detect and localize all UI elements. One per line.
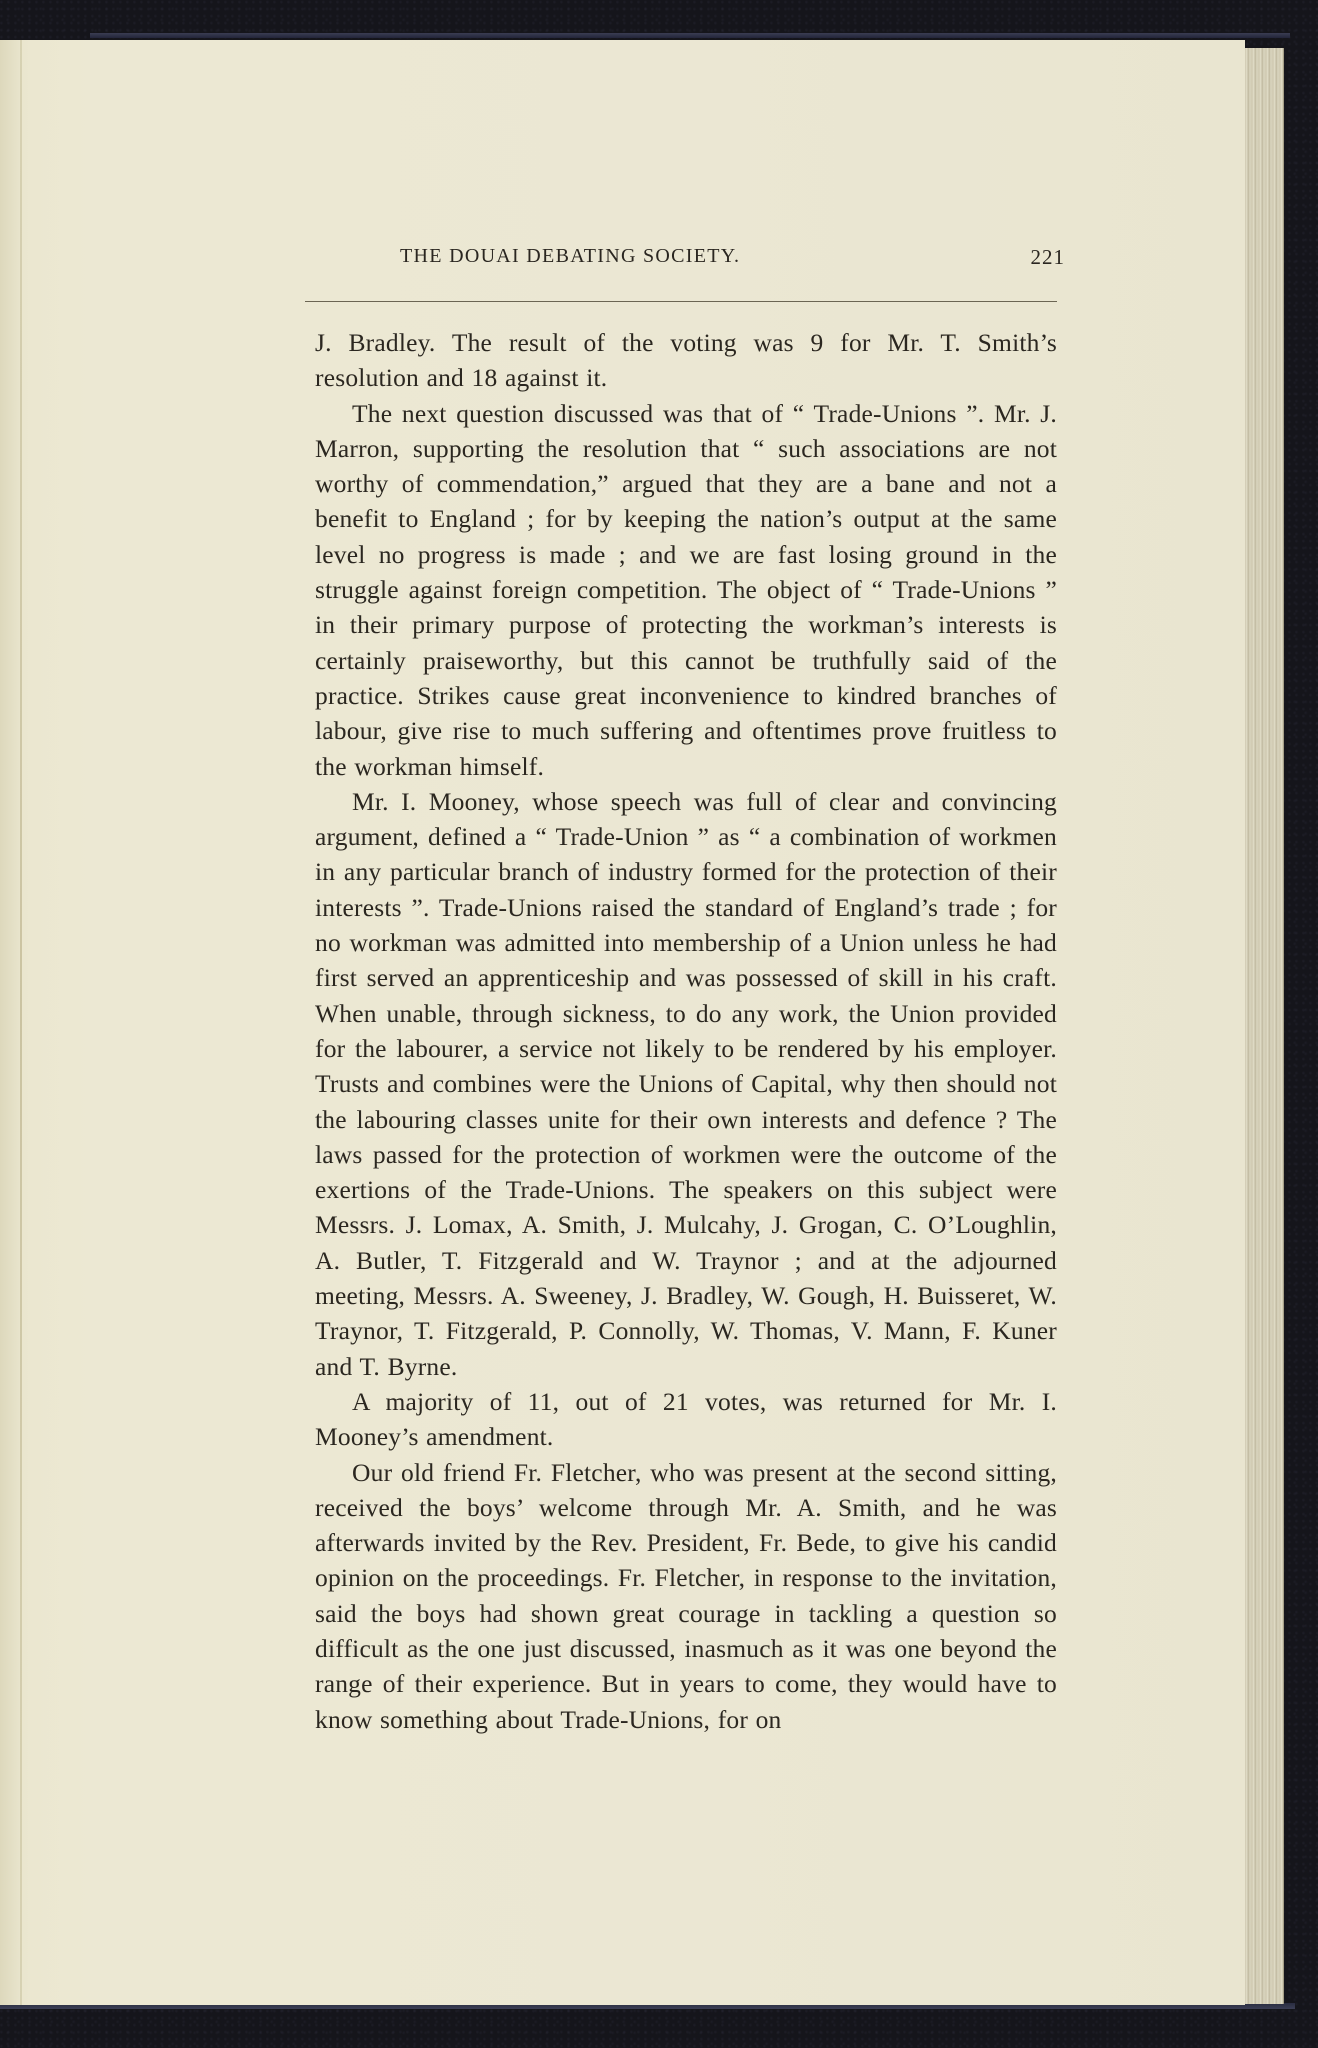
gutter-shadow	[0, 40, 20, 2005]
gutter-line	[20, 40, 22, 2005]
paragraph-marron-argument: The next question discussed was that of …	[315, 396, 1057, 784]
cover-edge-top	[90, 33, 1290, 38]
running-title: THE DOUAI DEBATING SOCIETY.	[400, 245, 740, 268]
header-rule	[305, 301, 1057, 302]
paragraph-voting-result: J. Bradley. The result of the voting was…	[315, 325, 1057, 396]
page-number: 221	[1031, 245, 1066, 270]
paragraph-fletcher-visit: Our old friend Fr. Fletcher, who was pre…	[315, 1455, 1057, 1737]
paragraph-majority-vote: A majority of 11, out of 21 votes, was r…	[315, 1384, 1057, 1455]
page-stack-fore-edge	[1243, 48, 1284, 2004]
running-header: THE DOUAI DEBATING SOCIETY. 221	[365, 245, 1065, 275]
paragraph-mooney-argument: Mr. I. Mooney, whose speech was full of …	[315, 784, 1057, 1384]
body-text: J. Bradley. The result of the voting was…	[315, 325, 1057, 1737]
